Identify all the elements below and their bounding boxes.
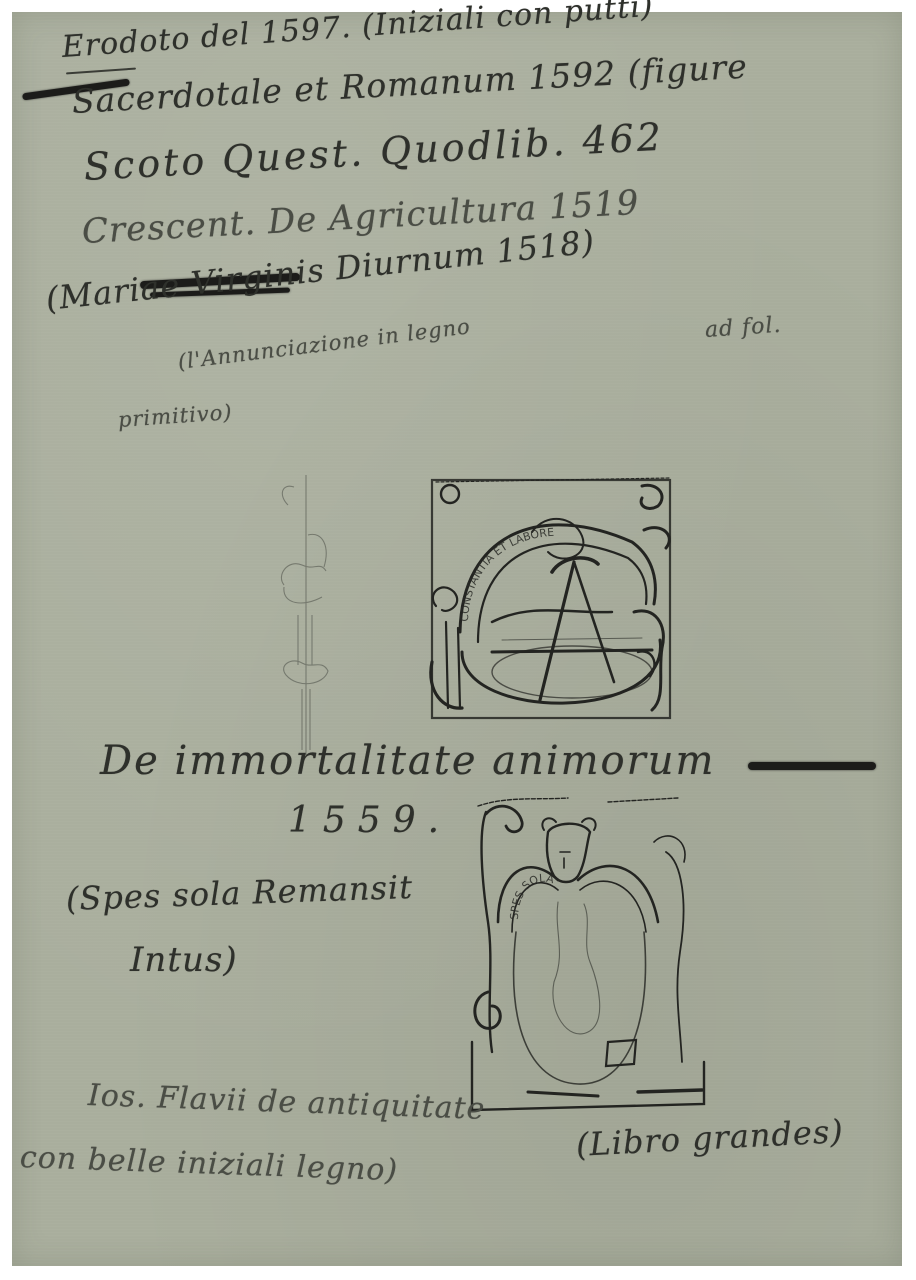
woodcut-initial-mask-sketch: SPES SOLA bbox=[458, 792, 718, 1122]
note-line-de-immortalitate: De immortalitate animorum bbox=[100, 738, 715, 784]
pencil-dash-mark-2 bbox=[748, 762, 876, 770]
banner-text-constantia: CONSTANTIA ET LABORE bbox=[458, 526, 555, 622]
note-line-intus: Intus) bbox=[130, 940, 238, 980]
note-line-1559: 1559. bbox=[288, 800, 451, 841]
woodcut-initial-compasses-sketch: CONSTANTIA ET LABORE bbox=[422, 472, 680, 724]
note-line-adfol: ad fol. bbox=[704, 313, 782, 343]
margin-column-sketch bbox=[268, 475, 338, 755]
banner-text-spes-sola: SPES SOLA bbox=[508, 872, 556, 920]
